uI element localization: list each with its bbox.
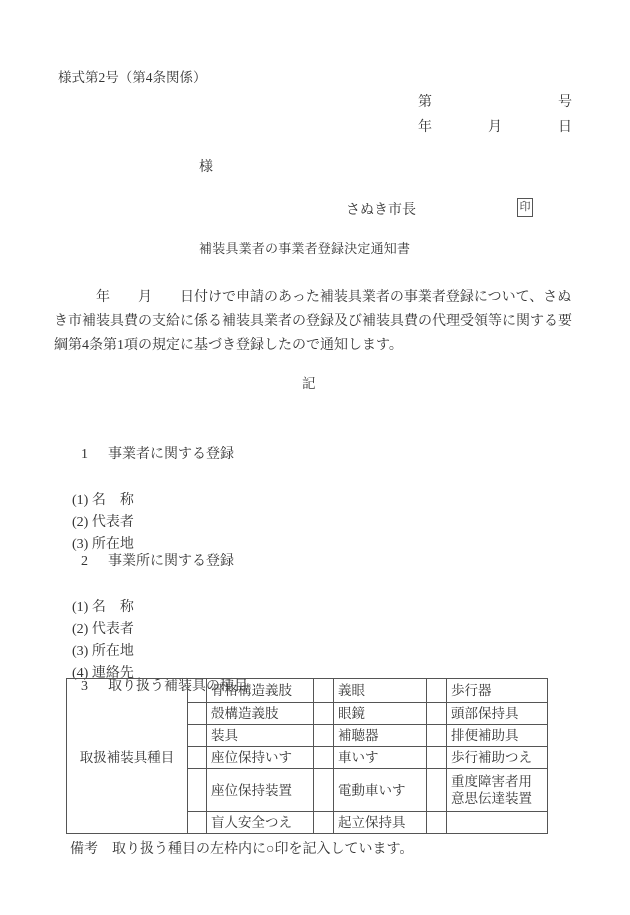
section-number: 2: [81, 551, 108, 573]
item-cell: 車いす: [334, 747, 427, 769]
seal-stamp-box: 印: [517, 198, 533, 217]
section-heading: 1事業者に関する登録: [60, 422, 234, 488]
item-cell: 起立保持具: [334, 812, 427, 834]
addressee-honorific: 様: [199, 156, 213, 176]
mark-cell: [314, 725, 334, 747]
date-line: 年 月 日: [418, 115, 572, 140]
section-heading-label: 事業者に関する登録: [108, 447, 234, 462]
mark-cell: [427, 679, 447, 703]
mark-cell: [188, 703, 207, 725]
body-line: 年 月 日付けで申請のあった補装具業者の事業者登録について、さぬ: [54, 286, 578, 310]
mark-cell: [427, 812, 447, 834]
item-cell: 装具: [207, 725, 314, 747]
date-month: 月: [488, 115, 502, 140]
item-cell: 座位保持いす: [207, 747, 314, 769]
mark-cell: [188, 812, 207, 834]
ki-marker: 記: [302, 372, 316, 392]
mark-cell: [314, 703, 334, 725]
remarks-note: 備考 取り扱う種目の左枠内に○印を記入しています。: [70, 838, 413, 858]
document-page: 様式第2号（第4条関係） 第 号 年 月 日 様 さぬき市長 印 補装具業者の事…: [0, 0, 630, 915]
number-date-block: 第 号 年 月 日: [418, 90, 572, 140]
seal-stamp-label: 印: [520, 201, 531, 213]
equipment-table: 取扱補装具種目 骨格構造義肢 義眼 歩行器 殻構造義肢 眼鏡 頭部保持具 装具: [66, 678, 548, 834]
date-year: 年: [418, 115, 432, 140]
mark-cell: [188, 747, 207, 769]
section-heading-label: 事業所に関する登録: [108, 554, 234, 569]
list-item: (2) 代表者: [72, 619, 234, 641]
list-item: (1) 名 称: [72, 490, 234, 512]
body-line: 綱第4条第1項の規定に基づき登録したので通知します。: [54, 334, 578, 358]
table-row: 取扱補装具種目 骨格構造義肢 義眼 歩行器: [67, 679, 548, 703]
item-cell: 眼鏡: [334, 703, 427, 725]
item-cell: 骨格構造義肢: [207, 679, 314, 703]
item-cell: [447, 812, 548, 834]
item-cell: 座位保持装置: [207, 769, 314, 812]
body-paragraph: 年 月 日付けで申請のあった補装具業者の事業者登録について、さぬ き市補装具費の…: [54, 286, 578, 358]
doc-number-line: 第 号: [418, 90, 572, 115]
table-row-label: 取扱補装具種目: [67, 679, 188, 834]
mark-cell: [314, 747, 334, 769]
doc-number-suffix: 号: [558, 90, 572, 115]
mark-cell: [188, 769, 207, 812]
mark-cell: [188, 679, 207, 703]
form-id: 様式第2号（第4条関係）: [58, 66, 207, 86]
section-heading: 2事業所に関する登録: [60, 529, 234, 595]
mark-cell: [427, 769, 447, 812]
item-cell: 歩行補助つえ: [447, 747, 548, 769]
page-title: 補装具業者の事業者登録決定通知書: [199, 238, 410, 257]
mark-cell: [314, 769, 334, 812]
item-cell: 排便補助具: [447, 725, 548, 747]
equipment-table-wrapper: 取扱補装具種目 骨格構造義肢 義眼 歩行器 殻構造義肢 眼鏡 頭部保持具 装具: [66, 678, 548, 834]
issuer-name: さぬき市長: [346, 199, 416, 219]
item-cell: 義眼: [334, 679, 427, 703]
item-cell: 殻構造義肢: [207, 703, 314, 725]
mark-cell: [427, 703, 447, 725]
item-cell: 盲人安全つえ: [207, 812, 314, 834]
mark-cell: [188, 725, 207, 747]
item-cell: 電動車いす: [334, 769, 427, 812]
mark-cell: [427, 725, 447, 747]
mark-cell: [427, 747, 447, 769]
mark-cell: [314, 679, 334, 703]
item-cell: 重度障害者用 意思伝達装置: [447, 769, 548, 812]
section-number: 1: [81, 444, 108, 466]
mark-cell: [314, 812, 334, 834]
list-item: (1) 名 称: [72, 597, 234, 619]
item-cell: 頭部保持具: [447, 703, 548, 725]
date-day: 日: [558, 115, 572, 140]
doc-number-prefix: 第: [418, 90, 432, 115]
body-line: き市補装具費の支給に係る補装具業者の登録及び補装具費の代理受領等に関する要: [54, 310, 578, 334]
item-cell: 歩行器: [447, 679, 548, 703]
item-cell: 補聴器: [334, 725, 427, 747]
